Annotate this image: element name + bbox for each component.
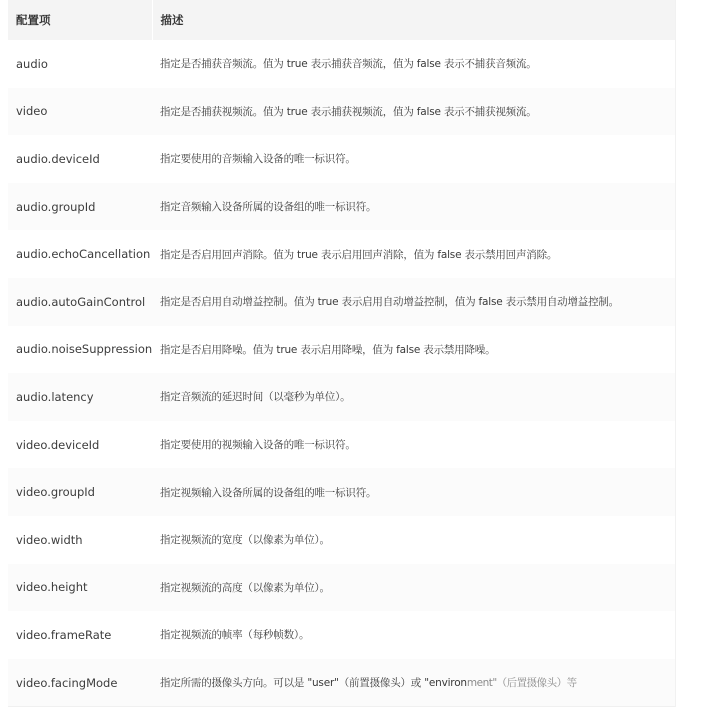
option-description: 指定视频输入设备所属的设备组的唯一标识符。 [152, 468, 675, 516]
table-row: video.facingMode 指定所需的摄像头方向。可以是 "user"（前… [8, 659, 675, 707]
table-row: video.width 指定视频流的宽度（以像素为单位）。 [8, 516, 675, 564]
option-name: video.deviceId [8, 421, 152, 469]
description-faded-text: ment"（后置摄像头）等 [467, 677, 577, 689]
option-name: video.width [8, 516, 152, 564]
table-row: video.groupId 指定视频输入设备所属的设备组的唯一标识符。 [8, 468, 675, 516]
option-description: 指定是否捕获视频流。值为 true 表示捕获视频流，值为 false 表示不捕获… [152, 88, 675, 136]
table-header-row: 配置项 描述 [8, 0, 675, 40]
option-name: video [8, 88, 152, 136]
option-description: 指定视频流的高度（以像素为单位）。 [152, 564, 675, 612]
table-row: audio 指定是否捕获音频流。值为 true 表示捕获音频流，值为 false… [8, 40, 675, 88]
option-description: 指定要使用的音频输入设备的唯一标识符。 [152, 135, 675, 183]
table-row: audio.deviceId 指定要使用的音频输入设备的唯一标识符。 [8, 135, 675, 183]
table-row: audio.autoGainControl 指定是否启用自动增益控制。值为 tr… [8, 278, 675, 326]
option-name: audio.noiseSuppression [8, 326, 152, 374]
option-description: 指定视频流的帧率（每秒帧数）。 [152, 611, 675, 659]
table-row: video 指定是否捕获视频流。值为 true 表示捕获视频流，值为 false… [8, 88, 675, 136]
option-description: 指定是否启用回声消除。值为 true 表示启用回声消除，值为 false 表示禁… [152, 230, 675, 278]
option-description: 指定是否启用降噪。值为 true 表示启用降噪，值为 false 表示禁用降噪。 [152, 326, 675, 374]
option-description: 指定是否捕获音频流。值为 true 表示捕获音频流，值为 false 表示不捕获… [152, 40, 675, 88]
table-row: audio.groupId 指定音频输入设备所属的设备组的唯一标识符。 [8, 183, 675, 231]
config-table-container: 配置项 描述 audio 指定是否捕获音频流。值为 true 表示捕获音频流，值… [8, 0, 676, 707]
option-description: 指定音频流的延迟时间（以毫秒为单位）。 [152, 373, 675, 421]
header-option: 配置项 [8, 0, 152, 40]
option-name: audio.latency [8, 373, 152, 421]
option-description: 指定是否启用自动增益控制。值为 true 表示启用自动增益控制，值为 false… [152, 278, 675, 326]
option-name: audio.echoCancellation [8, 230, 152, 278]
option-description: 指定视频流的宽度（以像素为单位）。 [152, 516, 675, 564]
option-description: 指定音频输入设备所属的设备组的唯一标识符。 [152, 183, 675, 231]
table-row: audio.latency 指定音频流的延迟时间（以毫秒为单位）。 [8, 373, 675, 421]
option-description: 指定所需的摄像头方向。可以是 "user"（前置摄像头）或 "environme… [152, 659, 675, 707]
config-options-table: 配置项 描述 audio 指定是否捕获音频流。值为 true 表示捕获音频流，值… [8, 0, 675, 707]
description-text: 指定所需的摄像头方向。可以是 "user"（前置摄像头）或 "environ [160, 677, 467, 689]
option-name: audio.autoGainControl [8, 278, 152, 326]
option-name: video.groupId [8, 468, 152, 516]
header-description: 描述 [152, 0, 675, 40]
table-row: video.frameRate 指定视频流的帧率（每秒帧数）。 [8, 611, 675, 659]
option-name: audio.deviceId [8, 135, 152, 183]
option-name: audio.groupId [8, 183, 152, 231]
table-row: audio.noiseSuppression 指定是否启用降噪。值为 true … [8, 326, 675, 374]
option-name: audio [8, 40, 152, 88]
table-row: video.height 指定视频流的高度（以像素为单位）。 [8, 564, 675, 612]
option-name: video.height [8, 564, 152, 612]
option-name: video.frameRate [8, 611, 152, 659]
table-row: audio.echoCancellation 指定是否启用回声消除。值为 tru… [8, 230, 675, 278]
option-name: video.facingMode [8, 659, 152, 707]
table-row: video.deviceId 指定要使用的视频输入设备的唯一标识符。 [8, 421, 675, 469]
option-description: 指定要使用的视频输入设备的唯一标识符。 [152, 421, 675, 469]
